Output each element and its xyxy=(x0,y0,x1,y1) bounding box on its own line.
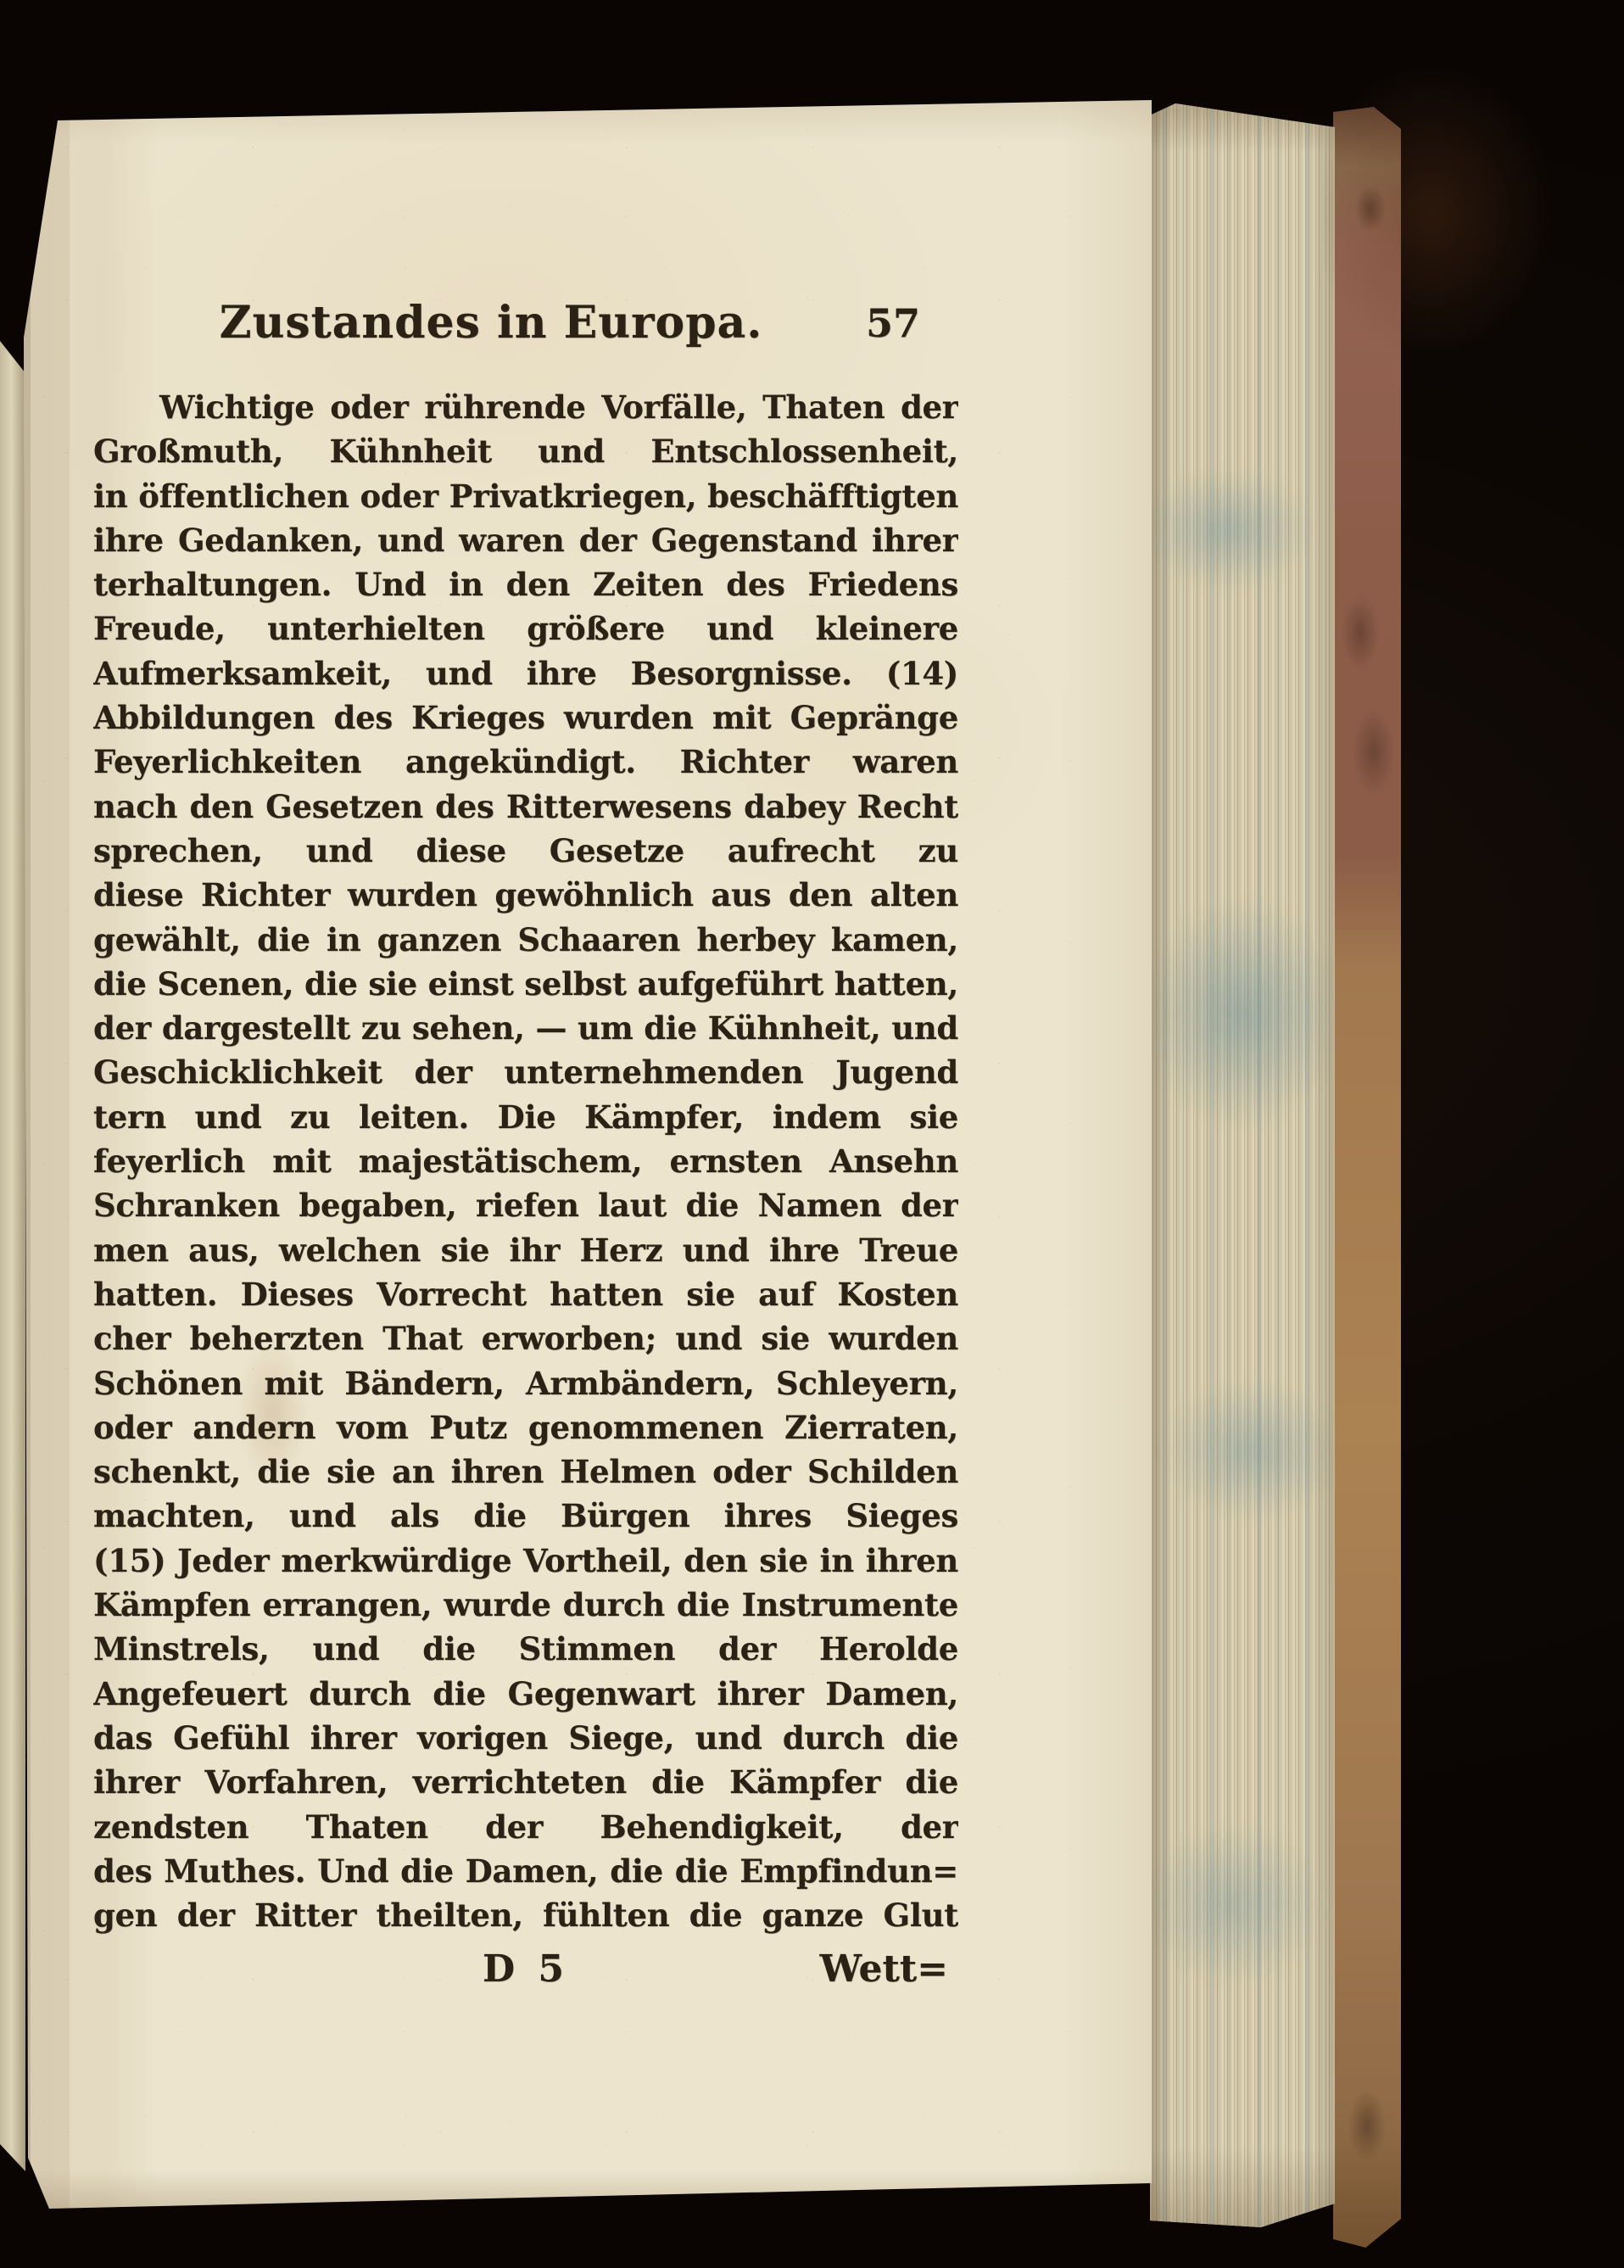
text-line: zendsten Thaten der Behendigkeit, der Ge… xyxy=(93,1805,958,1849)
text-line: Kämpfen errangen, wurde durch die Instru… xyxy=(93,1583,958,1627)
text-line: Angefeuert durch die Gegenwart ihrer Dam… xyxy=(93,1672,958,1716)
text-line: Großmuth, Kühnheit und Entschlossenheit,… xyxy=(93,429,958,473)
body-text: Wichtige oder rührende Vorfälle, Thaten … xyxy=(93,385,958,1937)
text-line: (15) Jeder merkwürdige Vortheil, den sie… xyxy=(93,1539,958,1583)
text-line: Freude, unterhielten größere und kleiner… xyxy=(93,606,958,651)
book-photo-backdrop: Zustandes in Europa. 57 Wichtige oder rü… xyxy=(0,0,1624,2268)
text-line: Schönen mit Bändern, Armbändern, Schleye… xyxy=(93,1361,958,1405)
text-line: ihrer Vorfahren, verrichteten die Kämpfe… xyxy=(93,1760,958,1804)
fore-edge-pages xyxy=(1150,102,1335,2232)
marbling-wisp xyxy=(1150,891,1335,1137)
text-line: Minstrels, und die Stimmen der Herolde v… xyxy=(93,1627,958,1671)
text-line: nach den Gesetzen des Ritterwesens dabey… xyxy=(93,785,958,829)
text-line: ihre Gedanken, und waren der Gegenstand … xyxy=(93,518,958,562)
book-cover-board xyxy=(1333,107,1401,2248)
text-line: Geschicklichkeit der unternehmenden Juge… xyxy=(93,1050,958,1094)
marbling-wisp xyxy=(1150,458,1335,602)
text-line: terhaltungen. Und in den Zeiten des Frie… xyxy=(93,562,958,606)
marbling-wisp xyxy=(1150,1807,1335,2002)
facing-page-edge xyxy=(0,341,25,2180)
text-line: in öffentlichen oder Privatkriegen, besc… xyxy=(93,474,958,518)
text-line: sprechen, und diese Gesetze aufrecht zu … xyxy=(93,829,958,873)
text-line: machten, und als die Bürgen ihres Sieges… xyxy=(93,1494,958,1538)
text-line: Aufmerksamkeit, und ihre Besorgnisse. (1… xyxy=(93,651,958,695)
text-line: oder andern vom Putz genommenen Zierrate… xyxy=(93,1405,958,1450)
text-line: Abbildungen des Krieges wurden mit Geprä… xyxy=(93,695,958,740)
text-line: die Scenen, die sie einst selbst aufgefü… xyxy=(93,962,958,1006)
text-line: diese Richter wurden gewöhnlich aus den … xyxy=(93,873,958,917)
running-header: Zustandes in Europa. 57 xyxy=(93,297,958,356)
text-line: der dargestellt zu sehen, — um die Kühnh… xyxy=(93,1006,958,1050)
running-title: Zustandes in Europa. xyxy=(59,297,924,349)
text-line: Wichtige oder rührende Vorfälle, Thaten … xyxy=(93,385,958,429)
text-line: feyerlich mit majestätischem, ernsten An… xyxy=(93,1139,958,1183)
text-line: Feyerlichkeiten angekündigt. Richter war… xyxy=(93,740,958,784)
book-page: Zustandes in Europa. 57 Wichtige oder rü… xyxy=(24,100,1152,2209)
page-content: Zustandes in Europa. 57 Wichtige oder rü… xyxy=(93,100,958,1998)
signature-mark: D 5 xyxy=(483,1947,569,1991)
text-line: Schranken begaben, riefen laut die Namen… xyxy=(93,1183,958,1227)
text-line: gewählt, die in ganzen Schaaren herbey k… xyxy=(93,918,958,962)
text-line: cher beherzten That erworben; und sie wu… xyxy=(93,1316,958,1360)
signature-row: D 5 Wett= xyxy=(93,1947,958,1998)
text-line: das Gefühl ihrer vorigen Siege, und durc… xyxy=(93,1716,958,1760)
text-line: tern und zu leiten. Die Kämpfer, indem s… xyxy=(93,1095,958,1139)
page-number: 57 xyxy=(866,300,920,346)
marbling-wisp xyxy=(1150,1366,1335,1535)
text-line: schenkt, die sie an ihren Helmen oder Sc… xyxy=(93,1450,958,1494)
text-line: hatten. Dieses Vorrecht hatten sie auf K… xyxy=(93,1272,958,1316)
text-line: men aus, welchen sie ihr Herz und ihre T… xyxy=(93,1228,958,1272)
text-line: gen der Ritter theilten, fühlten die gan… xyxy=(93,1893,958,1937)
text-line: des Muthes. Und die Damen, die die Empfi… xyxy=(93,1849,958,1893)
catchword: Wett= xyxy=(820,1947,948,1991)
